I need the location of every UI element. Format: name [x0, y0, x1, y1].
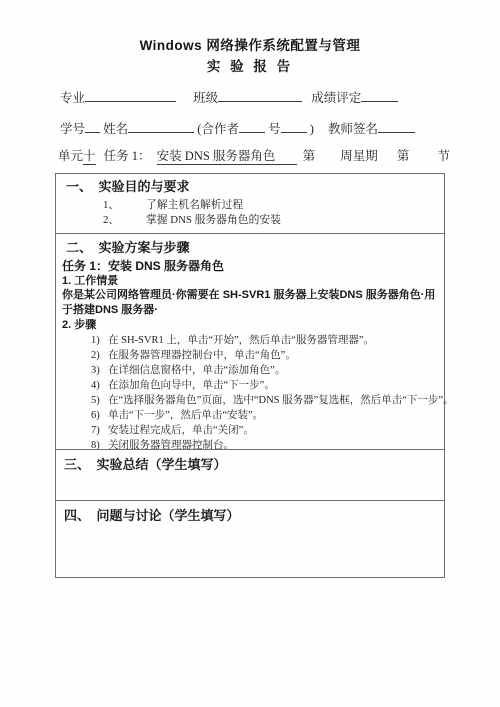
step-item: 6)单击“下一步”，然后单击“安装”。	[91, 408, 442, 423]
name-blank	[128, 120, 194, 133]
summary-heading: 三、 实验总结（学生填写）	[64, 457, 440, 472]
info-line-1: 专业 班级 成绩评定	[60, 89, 445, 106]
major-label: 专业	[60, 90, 85, 106]
collaborator-open: (合作者	[197, 121, 239, 137]
step-text: 单击“下一步”，然后单击“安装”。	[108, 410, 263, 421]
objective-item-text: 了解主机名解析过程	[146, 199, 243, 211]
step-item: 1)在 SH-SVR1 上，单击“开始”，然后单击“服务器管理器”。	[91, 333, 442, 348]
teacher-sign-label: 教师签名	[328, 121, 378, 137]
step-number: 2)	[91, 348, 108, 363]
week-first-label: 第	[303, 148, 316, 164]
student-no-blank	[85, 120, 100, 133]
discussion-heading: 四、 问题与讨论（学生填写）	[64, 508, 440, 523]
objective-item: 2、掌握 DNS 服务器角色的安装	[103, 213, 440, 228]
section-summary: 三、 实验总结（学生填写）	[56, 449, 444, 500]
step-number: 7)	[91, 423, 108, 438]
class-label: 班级	[193, 90, 218, 106]
steps-heading: 2. 步骤	[62, 319, 442, 332]
section-discussion: 四、 问题与讨论（学生填写）	[56, 500, 444, 577]
step-number: 5)	[91, 393, 108, 408]
step-item: 2)在服务器管理器控制台中，单击“角色”。	[91, 348, 442, 363]
task-value: 安装 DNS 服务器角色	[157, 148, 298, 165]
step-item: 4)在添加角色向导中，单击“下一步”。	[91, 378, 442, 393]
section-objectives: 一、 实验目的与要求 1、了解主机名解析过程 2、掌握 DNS 服务器角色的安装	[56, 174, 444, 233]
step-text: 在“选择服务器角色”页面，选中“DNS 服务器”复选框，然后单击“下一步”。	[108, 395, 454, 406]
teacher-sign-blank	[378, 120, 415, 133]
step-text: 在 SH-SVR1 上，单击“开始”，然后单击“服务器管理器”。	[108, 335, 374, 346]
grade-label: 成绩评定	[311, 90, 361, 106]
scenario-heading: 1. 工作情景	[62, 275, 442, 288]
step-item: 5)在“选择服务器角色”页面，选中“DNS 服务器”复选框，然后单击“下一步”。	[91, 393, 442, 408]
grade-blank	[361, 89, 398, 102]
objectives-list: 1、了解主机名解析过程 2、掌握 DNS 服务器角色的安装	[66, 198, 440, 227]
step-item: 7)安装过程完成后，单击“关闭”。	[91, 423, 442, 438]
procedure-heading: 二、 实验方案与步骤	[66, 240, 442, 255]
step-number: 6)	[91, 408, 108, 423]
collaborator-blank	[239, 120, 265, 133]
step-item: 3)在详细信息窗格中，单击“添加角色”。	[91, 363, 442, 378]
section-procedure: 二、 实验方案与步骤 任务 1：安装 DNS 服务器角色 1. 工作情景 你是某…	[56, 233, 444, 449]
collaborator-close: )	[310, 121, 314, 137]
step-text: 在服务器管理器控制台中，单击“角色”。	[108, 350, 296, 361]
period-first-label: 第	[397, 148, 410, 164]
step-text: 在详细信息窗格中，单击“添加角色”。	[108, 365, 285, 376]
objective-item-marker: 1、	[103, 198, 146, 213]
unit-label: 单元	[58, 148, 83, 164]
steps-list: 1)在 SH-SVR1 上，单击“开始”，然后单击“服务器管理器”。 2)在服务…	[62, 333, 442, 453]
step-number: 3)	[91, 363, 108, 378]
scenario-text: 你是某公司网络管理员·你需要在 SH-SVR1 服务器上安装DNS 服务器角色·…	[62, 288, 442, 317]
collaborator-no-label: 号	[268, 121, 281, 137]
objective-item-text: 掌握 DNS 服务器角色的安装	[146, 214, 281, 226]
unit-value: 十	[83, 148, 96, 165]
student-no-label: 学号	[60, 121, 85, 137]
step-number: 4)	[91, 378, 108, 393]
unit-task-line: 单元十 任务 1： 安装 DNS 服务器角色 第 周星期 第 节	[58, 148, 445, 165]
task-label: 任务 1：	[104, 148, 151, 164]
major-blank	[85, 89, 176, 102]
procedure-task-title: 任务 1：安装 DNS 服务器角色	[62, 259, 442, 273]
step-text: 在添加角色向导中，单击“下一步”。	[108, 380, 275, 391]
course-title: Windows 网络操作系统配置与管理	[55, 37, 445, 54]
report-table: 一、 实验目的与要求 1、了解主机名解析过程 2、掌握 DNS 服务器角色的安装…	[55, 173, 445, 578]
week-label: 周星期	[340, 148, 378, 164]
collaborator-no-blank	[281, 120, 307, 133]
step-text: 安装过程完成后，单击“关闭”。	[108, 425, 254, 436]
lab-report-page: Windows 网络操作系统配置与管理 实 验 报 告 专业 班级 成绩评定 学…	[0, 0, 500, 707]
period-label: 节	[437, 148, 450, 164]
objective-item-marker: 2、	[103, 213, 146, 228]
class-blank	[218, 89, 302, 102]
report-title: 实 验 报 告	[55, 58, 445, 75]
step-number: 1)	[91, 333, 108, 348]
objectives-heading: 一、 实验目的与要求	[66, 179, 440, 194]
info-line-2: 学号 姓名 (合作者 号 ) 教师签名	[60, 120, 445, 137]
objective-item: 1、了解主机名解析过程	[103, 198, 440, 213]
name-label: 姓名	[103, 121, 128, 137]
